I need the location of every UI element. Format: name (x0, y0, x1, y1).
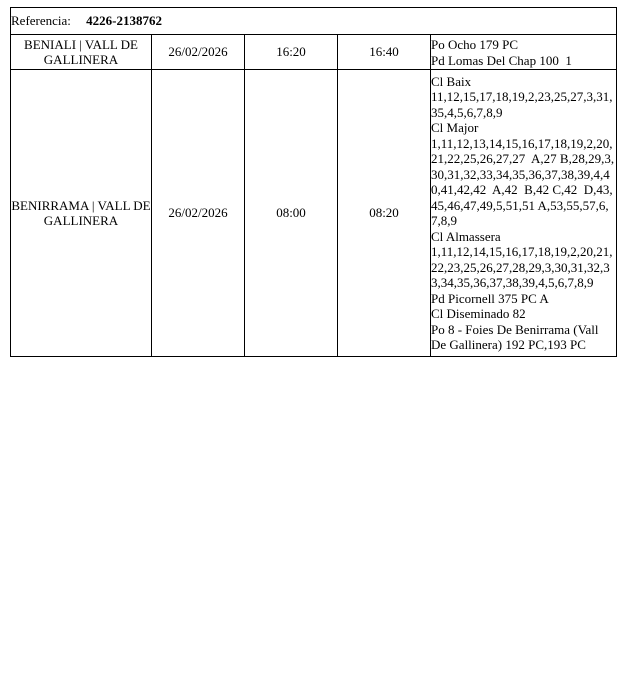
reference-label: Referencia: (11, 13, 71, 28)
start-time-cell: 08:00 (245, 70, 338, 357)
house-numbers: 1,11,12,13,14,15,16,17,18,19,2,20,21,22,… (431, 136, 616, 229)
town-cell: BENIALI | VALL DE GALLINERA (11, 35, 152, 70)
address-line: Pd Lomas Del Chap 100 1 (431, 53, 616, 69)
end-time-cell: 16:40 (338, 35, 431, 70)
table-row: BENIALI | VALL DE GALLINERA 26/02/2026 1… (11, 35, 617, 70)
table-row: BENIRRAMA | VALL DE GALLINERA 26/02/2026… (11, 70, 617, 357)
house-numbers: 11,12,15,17,18,19,2,23,25,27,3,31,35,4,5… (431, 89, 616, 120)
date-cell: 26/02/2026 (152, 70, 245, 357)
date-cell: 26/02/2026 (152, 35, 245, 70)
reference-value: 4226-2138762 (86, 13, 162, 28)
street-name: Cl Almassera (431, 229, 616, 245)
address-line: Cl Diseminado 82 (431, 306, 616, 322)
reference-row: Referencia: 4226-2138762 (11, 8, 617, 35)
address-line: Pd Picornell 375 PC A (431, 291, 616, 307)
house-numbers: 1,11,12,14,15,16,17,18,19,2,20,21,22,23,… (431, 244, 616, 291)
addresses-cell: Po Ocho 179 PC Pd Lomas Del Chap 100 1 (431, 35, 617, 70)
address-line: Po 8 - Foies De Benirrama (Vall De Galli… (431, 322, 616, 353)
end-time-cell: 08:20 (338, 70, 431, 357)
town-cell: BENIRRAMA | VALL DE GALLINERA (11, 70, 152, 357)
street-name: Cl Baix (431, 74, 616, 90)
reference-cell: Referencia: 4226-2138762 (11, 8, 617, 35)
address-line: Po Ocho 179 PC (431, 37, 616, 53)
schedule-table: Referencia: 4226-2138762 BENIALI | VALL … (10, 7, 617, 357)
street-name: Cl Major (431, 120, 616, 136)
start-time-cell: 16:20 (245, 35, 338, 70)
addresses-cell: Cl Baix 11,12,15,17,18,19,2,23,25,27,3,3… (431, 70, 617, 357)
